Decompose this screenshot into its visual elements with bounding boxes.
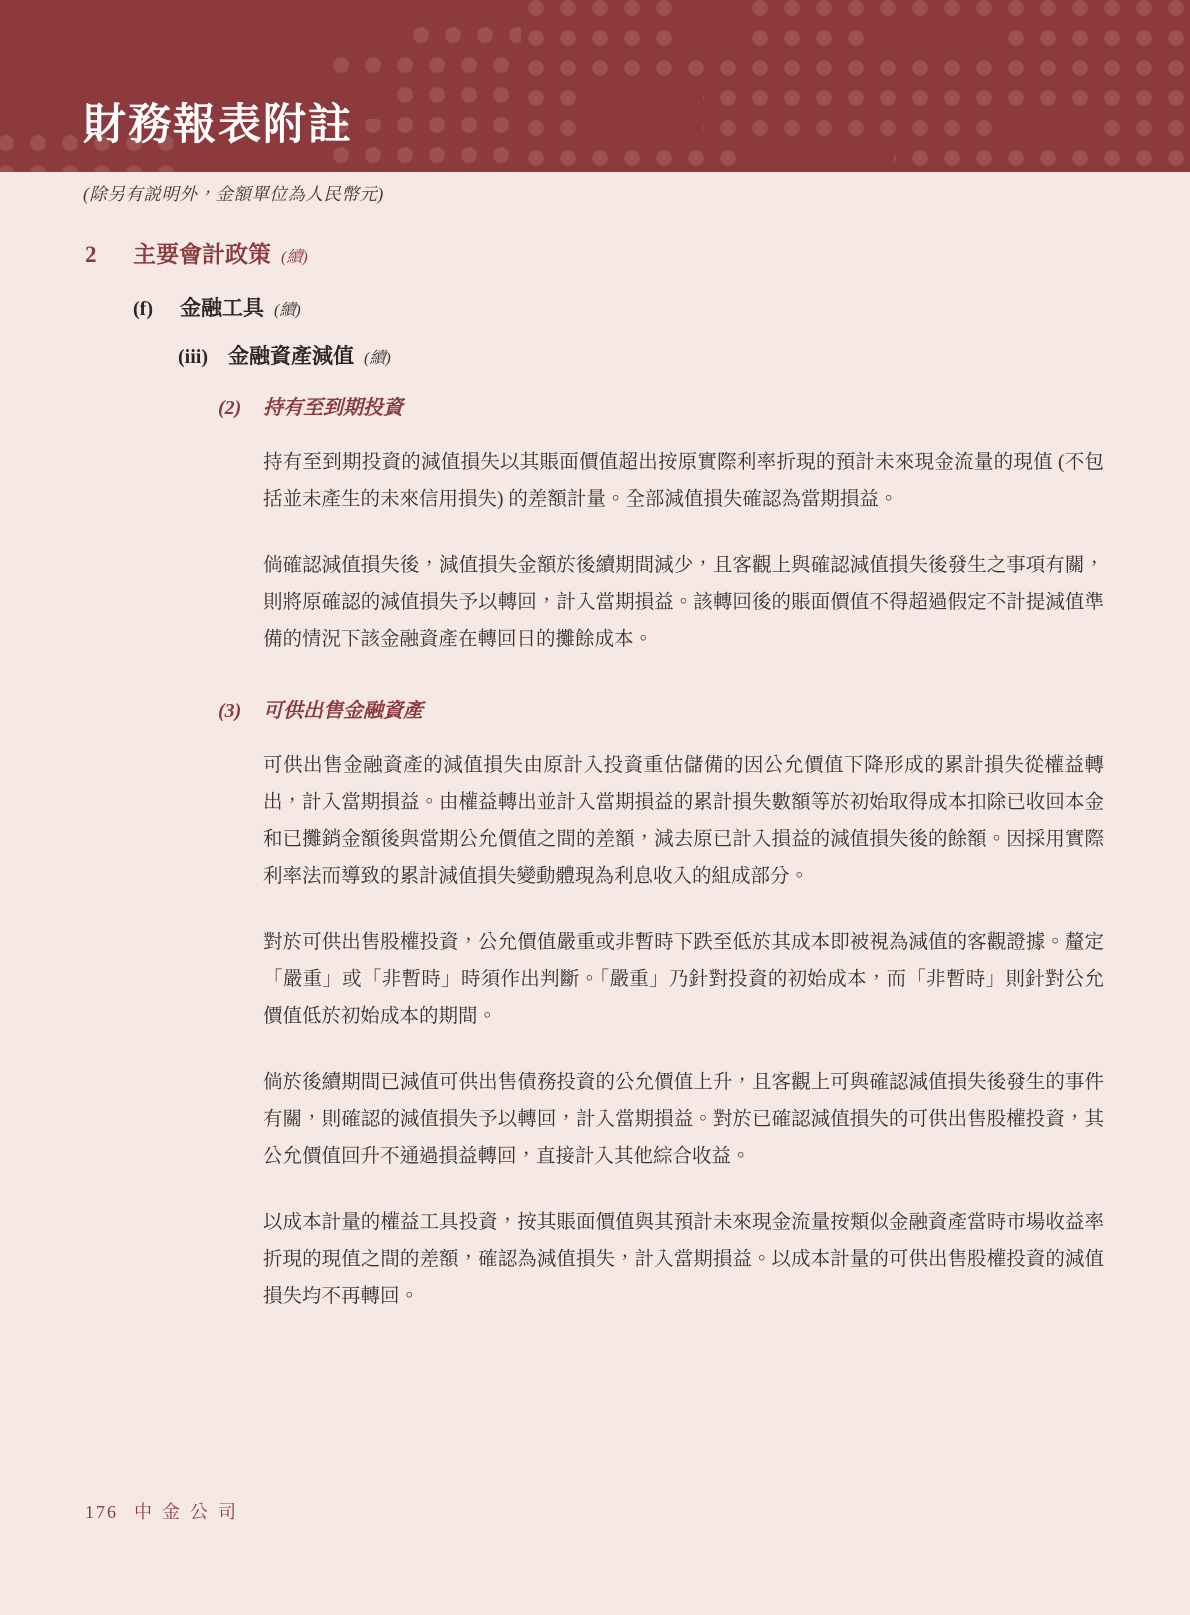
item-title: 持有至到期投資 (263, 391, 403, 420)
page-header-band: 財務報表附註 (0, 0, 1190, 172)
body-paragraph: 對於可供出售股權投資，公允價值嚴重或非暫時下跌至低於其成本即被視為減值的客觀證據… (263, 924, 1104, 1035)
continued-marker: (續) (281, 244, 308, 267)
dot-pattern-gap (585, 83, 703, 149)
subsection-number: (f) (133, 298, 180, 321)
body-paragraph: 倘於後續期間已減值可供出售債務投資的公允價值上升，且客觀上可與確認減值損失後發生… (263, 1064, 1104, 1175)
subsection-title: 金融資產減值 (228, 340, 354, 370)
item-number: (2) (218, 397, 263, 420)
section-title: 主要會計政策 (133, 236, 271, 269)
item-number: (3) (218, 700, 263, 723)
section-heading-accounting-policies: 2 主要會計政策 (續) (85, 236, 1190, 269)
body-paragraph: 可供出售金融資產的減值損失由原計入投資重估儲備的因公允價值下降形成的累計損失從權… (263, 747, 1104, 895)
subsection-heading-financial-instruments: (f) 金融工具 (續) (133, 292, 1190, 322)
body-paragraph: 倘確認減值損失後，減值損失金額於後續期間減少，且客觀上與確認減值損失後發生之事項… (263, 547, 1104, 658)
currency-note: (除另有説明外，金額單位為人民幣元) (83, 181, 1190, 206)
subsection-title: 金融工具 (180, 292, 264, 322)
continued-marker: (續) (274, 297, 301, 320)
dot-pattern-gap (688, 0, 736, 52)
item-heading-held-to-maturity: (2) 持有至到期投資 (218, 391, 1190, 420)
page-footer: 176中金公司 (85, 1498, 246, 1524)
body-paragraph: 持有至到期投資的減值損失以其賬面價值超出按原實際利率折現的預計未來現金流量的現值… (263, 444, 1104, 518)
body-paragraph: 以成本計量的權益工具投資，按其賬面價值與其預計未來現金流量按類似金融資產當時市場… (263, 1204, 1104, 1315)
subsection-heading-impairment: (iii) 金融資產減值 (續) (178, 340, 1190, 370)
dot-pattern-gap (1002, 112, 1098, 150)
page-number: 176 (85, 1502, 118, 1522)
dot-pattern-gap (742, 143, 894, 172)
section-number: 2 (85, 242, 133, 268)
subsection-number: (iii) (178, 346, 228, 369)
document-page: 財務報表附註 (除另有説明外，金額單位為人民幣元) 2 主要會計政策 (續) (… (0, 0, 1190, 1615)
dot-pattern (405, 20, 521, 50)
page-title: 財務報表附註 (83, 100, 353, 152)
notes-content: 2 主要會計政策 (續) (f) 金融工具 (續) (iii) 金融資產減值 (… (0, 236, 1190, 1315)
dot-pattern-gap (872, 23, 992, 59)
company-name: 中金公司 (134, 1502, 246, 1522)
continued-marker: (續) (364, 345, 391, 368)
item-heading-available-for-sale: (3) 可供出售金融資產 (218, 694, 1190, 723)
item-title: 可供出售金融資產 (263, 694, 423, 723)
